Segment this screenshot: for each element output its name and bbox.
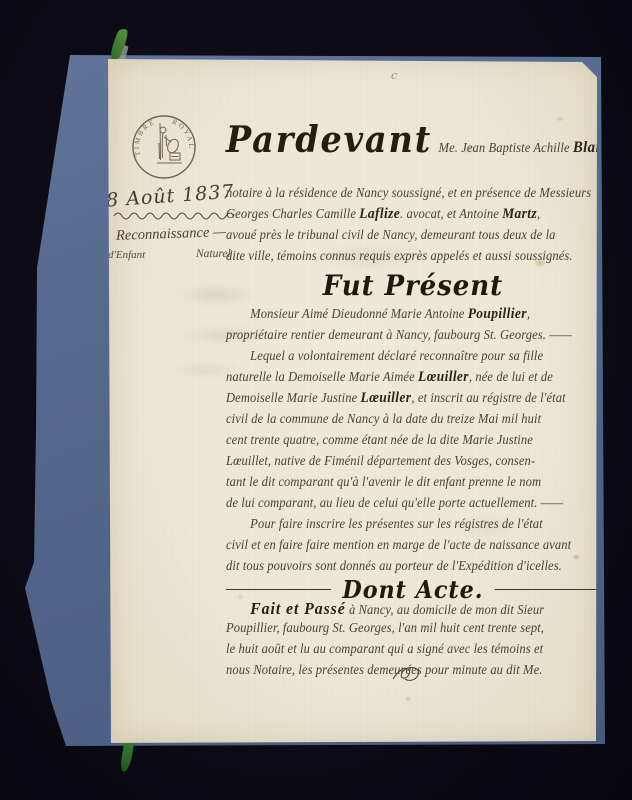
line-text: , et inscrit au régistre de l'état [411,390,565,405]
manuscript-line: Demoiselle Marie Justine Lœuiller, et in… [226,390,600,411]
line-text: dite ville, témoins connus requis exprès… [226,248,573,263]
manuscript-line: le huit août et lu au comparant qui a si… [226,641,600,662]
line-text: Lequel a volontairement déclaré reconnaî… [250,348,543,363]
line-text: nous Notaire, les présentes demeurées po… [226,662,543,677]
line-text: le huit août et lu au comparant qui a si… [226,641,543,656]
manuscript-line: propriétaire rentier demeurant à Nancy, … [226,327,600,348]
manuscript-line: civil et en faire faire mention en marge… [226,537,600,558]
stamp-left-text: TIMBRE [133,118,157,157]
person-name: Laflize [359,206,400,222]
paraph-flourish-icon [390,661,424,691]
manuscript-text-block: PardevantMe. Jean Baptiste Achille Blais… [226,117,600,683]
manuscript-line: Pour faire inscrire les présentes sur le… [226,516,600,537]
line-text: . avocat, et Antoine [400,206,502,221]
manuscript-line: tant le dit comparant qu'à l'avenir le d… [226,474,600,495]
line-text: cent trente quatre, comme étant née de l… [226,432,533,447]
manuscript-line: dite ville, témoins connus requis exprès… [226,248,600,269]
line-text: Georges Charles Camille [226,206,359,221]
person-name: Blaise [573,139,613,156]
opening-word: Pardevant [226,119,432,161]
fait-et-passe-phrase: Fait et Passé [250,599,346,618]
dont-acte-heading: Dont Acte. [331,575,494,599]
line-text: , [527,306,530,321]
timbre-royal-stamp-icon: TIMBRE ROYAL [130,113,198,181]
margin-note-denfant: d'Enfant [108,249,145,261]
line-text: Demoiselle Marie Justine [226,390,360,405]
manuscript-line: naturelle la Demoiselle Marie Aimée Lœui… [226,369,600,390]
manuscript-line: Fait et Passé à Nancy, au domicile de mo… [226,599,600,620]
opening-line: PardevantMe. Jean Baptiste Achille Blais… [226,117,600,185]
page-mark: c [391,69,397,82]
manuscript-line: Lequel a volontairement déclaré reconnaî… [226,348,600,369]
person-name: Poupillier [468,306,527,322]
line-text: civil de la commune de Nancy à la date d… [226,411,541,426]
wavy-underline [112,211,240,220]
line-text: Pour faire inscrire les présentes sur le… [250,516,543,531]
margin-note-reconnaissance: Reconnaissance — [116,224,226,245]
line-text: dit tous pouvoirs sont donnés au porteur… [226,558,562,573]
line-text: , [537,206,540,221]
manuscript-line: Monsieur Aimé Dieudonné Marie Antoine Po… [226,306,600,327]
manuscript-line: cent trente quatre, comme étant née de l… [226,432,600,453]
line-text: Lœuillet, native de Fiménil département … [226,453,535,468]
rule-line [226,589,331,599]
line-text: de lui comparant, au lieu de celui qu'el… [226,495,563,510]
person-name: Lœuiller [418,369,469,385]
line-text: avoué près le tribunal civil de Nancy, d… [226,227,556,242]
line-text: naturelle la Demoiselle Marie Aimée [226,369,418,384]
manuscript-line: Lœuillet, native de Fiménil département … [226,453,600,474]
line-text: notaire à la résidence de Nancy soussign… [226,185,591,200]
manuscript-line: Poupillier, faubourg St. Georges, l'an m… [226,620,600,641]
fut-present-heading: Fut Présent [226,269,600,306]
manuscript-line: de lui comparant, au lieu de celui qu'el… [226,495,600,516]
manuscript-line: civil de la commune de Nancy à la date d… [226,411,600,432]
line-text: propriétaire rentier demeurant à Nancy, … [226,327,572,342]
line-text: civil et en faire faire mention en marge… [226,537,571,552]
manuscript-line: Georges Charles Camille Laflize. avocat,… [226,206,600,227]
line-text: tant le dit comparant qu'à l'avenir le d… [226,474,541,489]
svg-text:TIMBRE: TIMBRE [133,118,157,157]
person-name: Martz [502,206,537,222]
scanned-document-scene: c TIMBRE ROYAL [0,0,632,800]
line-text: à Nancy, au domicile de mon dit Sieur [346,602,544,617]
manuscript-paper: c TIMBRE ROYAL [108,57,597,743]
person-name: Lœuiller [360,390,411,406]
manuscript-line: avoué près le tribunal civil de Nancy, d… [226,227,600,248]
manuscript-line: notaire à la résidence de Nancy soussign… [226,185,600,206]
line-text: Monsieur Aimé Dieudonné Marie Antoine [250,306,468,321]
line-text: , née de lui et de [469,369,553,384]
line-text: Poupillier, faubourg St. Georges, l'an m… [226,620,544,635]
dont-acte-heading-row: Dont Acte. [226,575,600,599]
line-text: Me. Jean Baptiste Achille [439,140,573,155]
rule-line [495,589,600,599]
